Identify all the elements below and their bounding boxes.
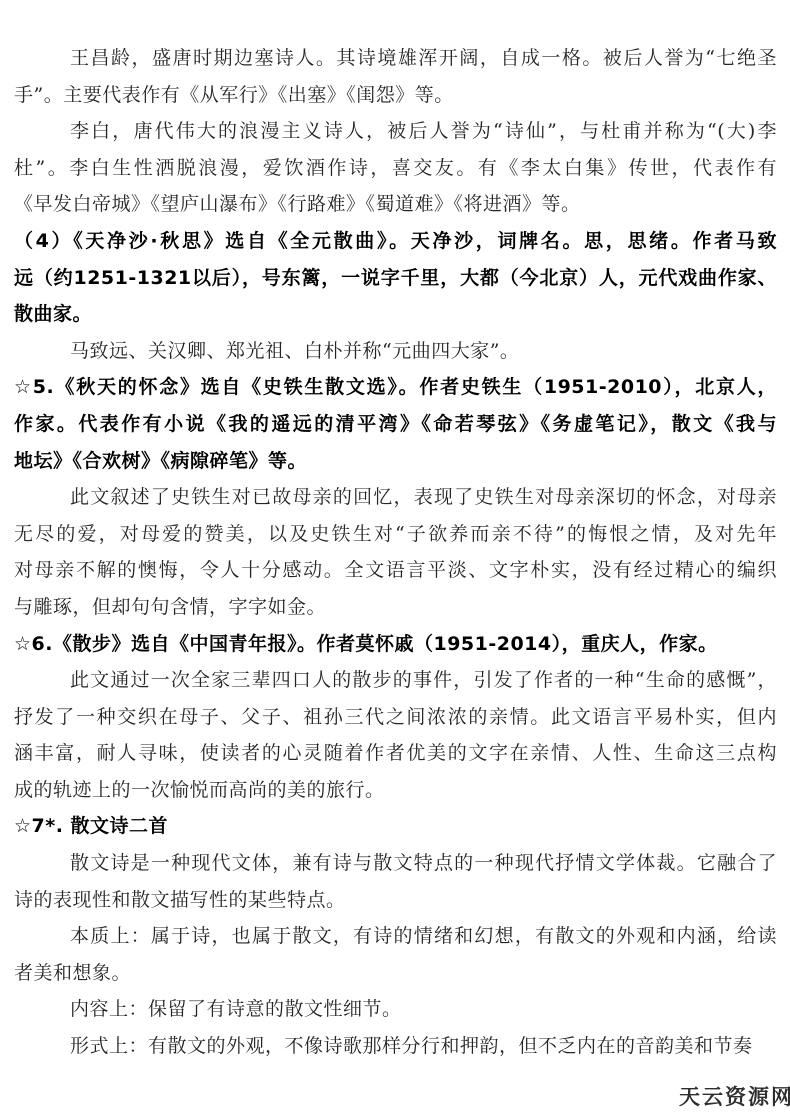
text-line: 此文通过一次全家三辈四口人的散步的事件，引发了作者的一种“生命的感慨”， [14,662,777,699]
text-line: 成的轨迹上的一次愉悦而高尚的美的旅行。 [14,772,777,809]
site-watermark: 天云资源网 [679,1081,790,1111]
text-line: 王昌龄，盛唐时期边塞诗人。其诗境雄浑开阔，自成一格。被后人誉为“七绝圣 [14,40,777,77]
text-line: 无尽的爱，对母爱的赞美，以及史铁生对“子欲养而亲不待”的悔恨之情，及对先年 [14,516,777,553]
text-line: 马致远、关汉卿、郑光祖、白朴并称“元曲四大家”。 [14,333,777,370]
document-text-block: 王昌龄，盛唐时期边塞诗人。其诗境雄浑开阔，自成一格。被后人誉为“七绝圣 手”。主… [14,40,777,1065]
text-line: 对母亲不解的懊悔，令人十分感动。全文语言平淡、文字朴实，没有经过精心的编织 [14,552,777,589]
text-line: 本质上：属于诗，也属于散文，有诗的情绪和幻想，有散文的外观和内涵，给读 [14,918,777,955]
text-line-heading: ☆5.《秋天的怀念》选自《史铁生散文选》。作者史铁生（1951-2010），北京… [14,369,777,406]
text-line: 诗的表现性和散文描写性的某些特点。 [14,882,777,919]
text-line: 形式上：有散文的外观，不像诗歌那样分行和押韵，但不乏内在的音韵美和节奏 [14,1028,777,1065]
text-line: 李白，唐代伟大的浪漫主义诗人，被后人誉为“诗仙”，与杜甫并称为“(大)李 [14,113,777,150]
text-line-heading: 地坛》《合欢树》《病隙碎笔》等。 [14,443,777,480]
text-line-heading: 散曲家。 [14,296,777,333]
text-line: 内容上：保留了有诗意的散文性细节。 [14,991,777,1028]
text-line-heading: 作家。代表作有小说《我的遥远的清平湾》《命若琴弦》《务虚笔记》，散文《我与 [14,406,777,443]
document-page: 王昌龄，盛唐时期边塞诗人。其诗境雄浑开阔，自成一格。被后人誉为“七绝圣 手”。主… [0,0,790,1118]
text-line: 抒发了一种交织在母子、父子、祖孙三代之间浓浓的亲情。此文语言平易朴实，但内 [14,699,777,736]
text-line: 手”。主要代表作有《从军行》《出塞》《闺怨》等。 [14,77,777,114]
text-line: 散文诗是一种现代文体，兼有诗与散文特点的一种现代抒情文学体裁。它融合了 [14,845,777,882]
text-line: 涵丰富，耐人寻味，使读者的心灵随着作者优美的文字在亲情、人性、生命这三点构 [14,735,777,772]
text-line: 者美和想象。 [14,955,777,992]
text-line: 与雕琢，但却句句含情，字字如金。 [14,589,777,626]
text-line: 此文叙述了史铁生对已故母亲的回忆，表现了史铁生对母亲深切的怀念，对母亲 [14,479,777,516]
text-line: 《早发白帝城》《望庐山瀑布》《行路难》《蜀道难》《将进酒》等。 [14,186,777,223]
text-line: 杜”。李白生性洒脱浪漫，爱饮酒作诗，喜交友。有《李太白集》传世，代表作有 [14,150,777,187]
text-line-heading: （4）《天净沙·秋思》选自《全元散曲》。天净沙，词牌名。思，思绪。作者马致 [14,223,777,260]
text-line-heading: ☆7*. 散文诗二首 [14,808,777,845]
text-line-heading: 远（约1251-1321以后），号东篱，一说字千里，大都（今北京）人，元代戏曲作… [14,260,777,297]
text-line-heading: ☆6.《散步》选自《中国青年报》。作者莫怀戚（1951-2014），重庆人，作家… [14,626,777,663]
